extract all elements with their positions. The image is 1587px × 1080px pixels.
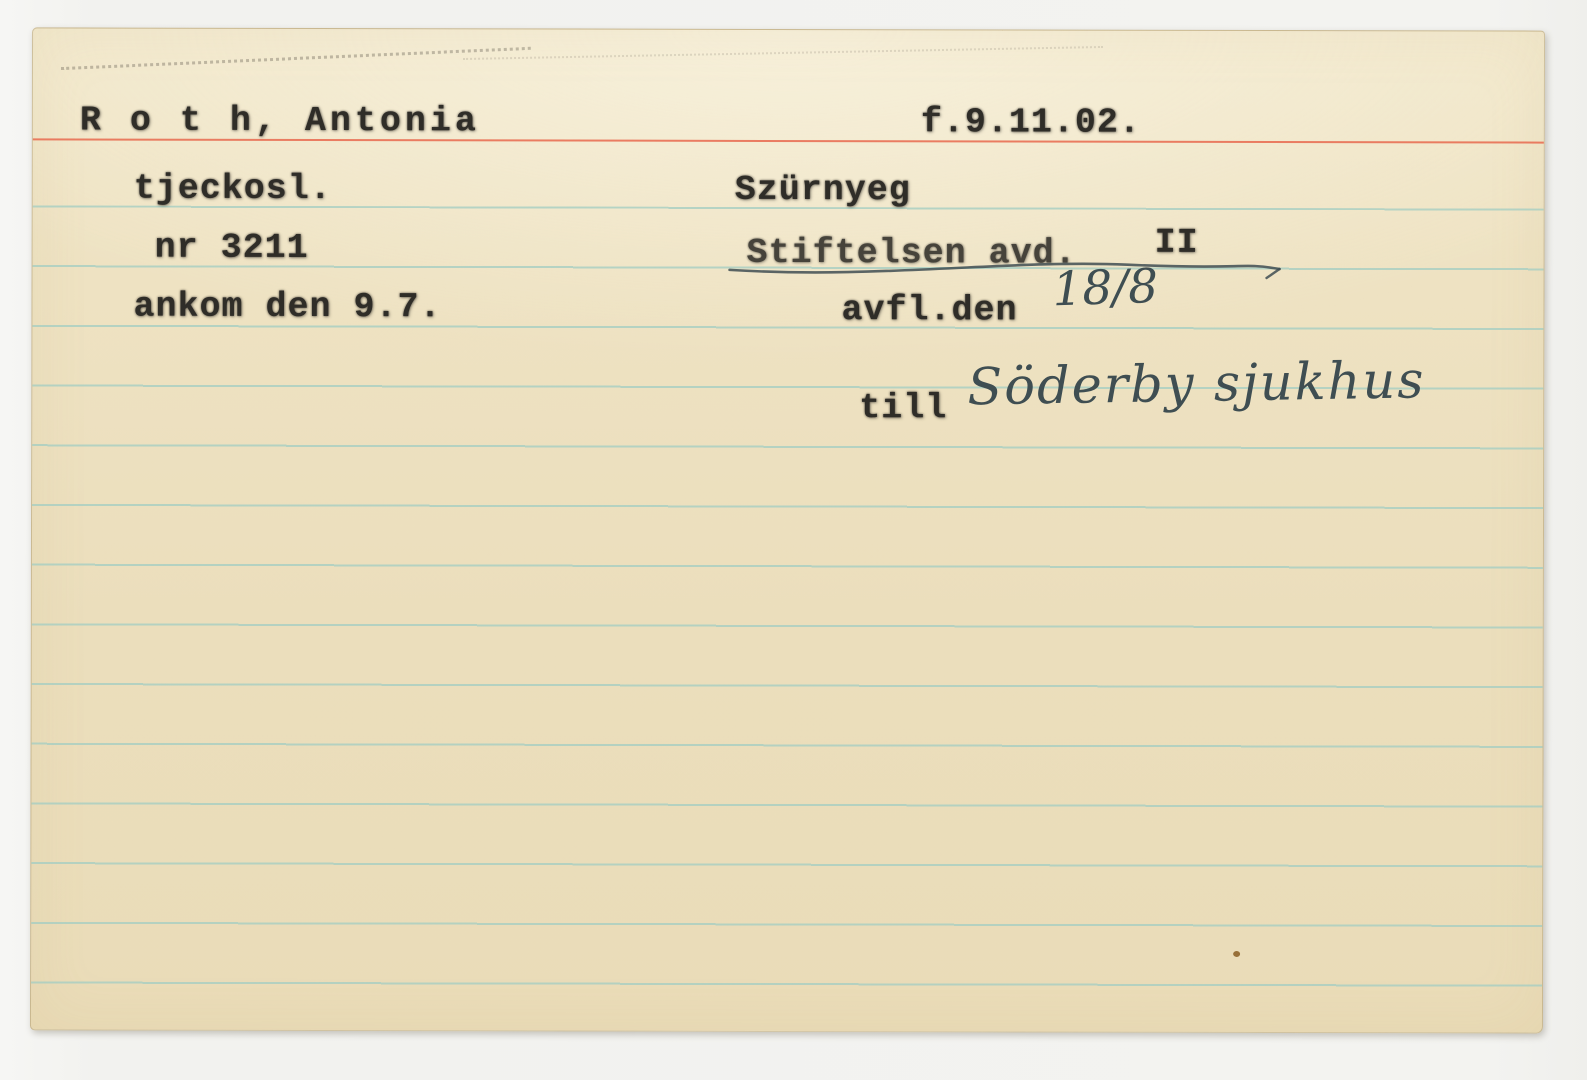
destination-handwriting: Söderby sjukhus bbox=[967, 353, 1426, 416]
strikethrough-pen-line bbox=[727, 244, 1293, 293]
person-name: R o t h, Antonia bbox=[80, 101, 480, 142]
destination-label: till bbox=[859, 388, 947, 428]
arrival-note: ankom den 9.7. bbox=[133, 287, 441, 328]
nationality: tjeckosl. bbox=[134, 169, 332, 209]
pencil-smudge-faint bbox=[463, 46, 1103, 60]
index-card: R o t h, Antonia f.9.11.02. tjeckosl. Sz… bbox=[30, 27, 1545, 1033]
departure-label: avfl.den bbox=[841, 290, 1017, 330]
pencil-smudge bbox=[61, 47, 531, 70]
paper-speck bbox=[1233, 951, 1240, 957]
case-number: nr 3211 bbox=[155, 228, 309, 268]
departure-date-handwriting: 18/8 bbox=[1052, 261, 1159, 316]
scan-background: R o t h, Antonia f.9.11.02. tjeckosl. Sz… bbox=[0, 0, 1587, 1080]
birth-date: f.9.11.02. bbox=[921, 102, 1141, 142]
origin-place: Szürnyeg bbox=[735, 170, 911, 210]
